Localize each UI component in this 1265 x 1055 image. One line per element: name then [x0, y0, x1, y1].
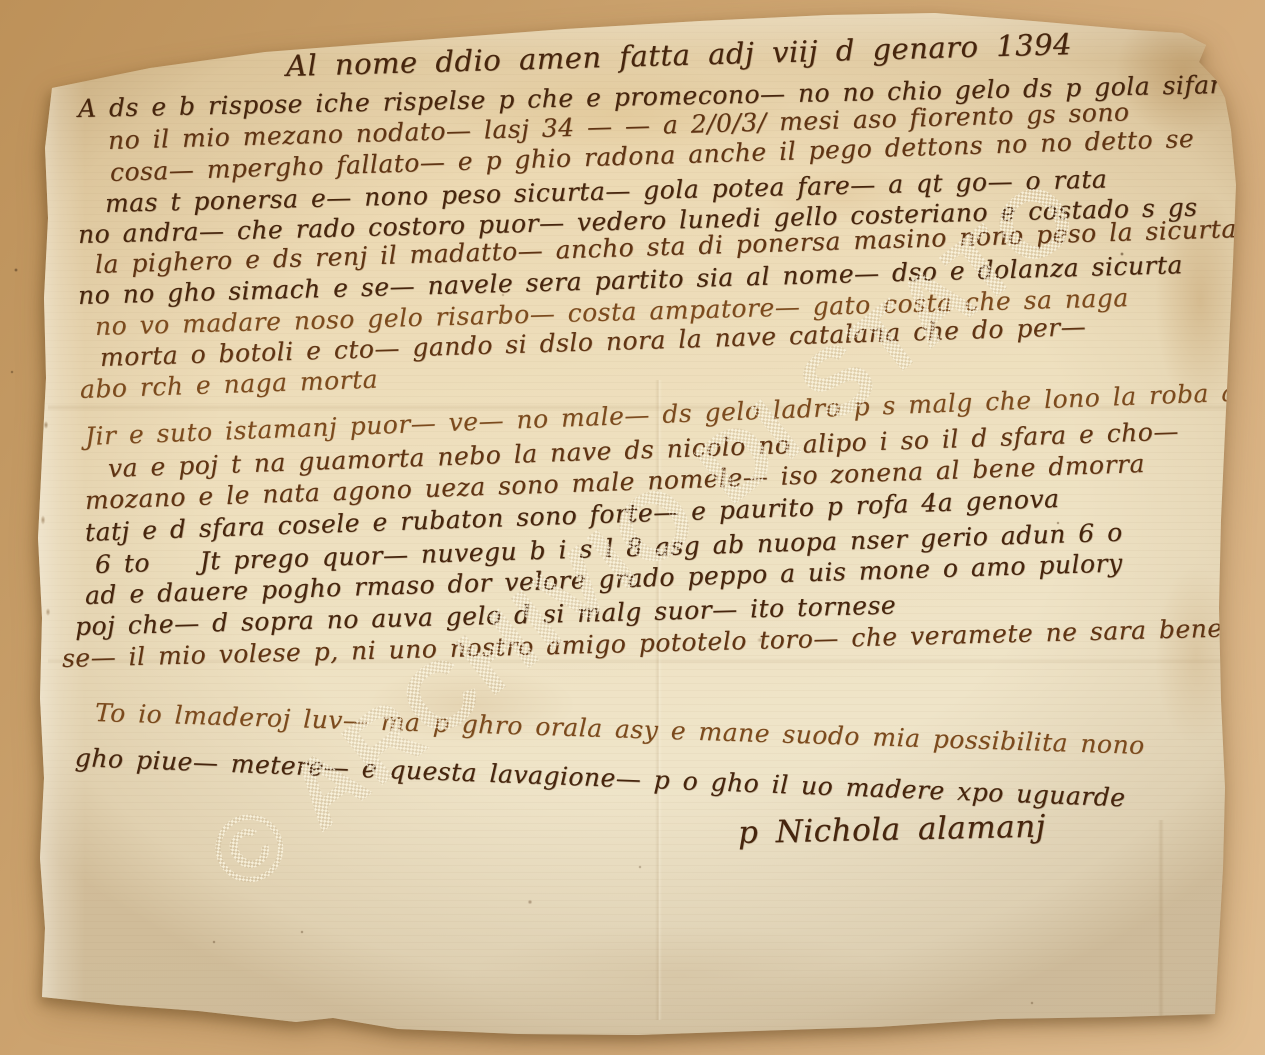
manuscript-paper: 404713 Al nome ddio amen fatta adj viij …: [0, 0, 1265, 1055]
paper-shadow-wrap: 404713 Al nome ddio amen fatta adj viij …: [0, 0, 1265, 1055]
manuscript-line: abo rch e naga morta: [80, 367, 379, 402]
manuscript-line: gho piue— metere— e questa lavagione— p …: [75, 745, 1127, 810]
letter-signature: p Nichola alamanj: [738, 812, 1046, 849]
archive-number-pencil: 404713: [87, 10, 233, 65]
manuscript-scan: 404713 Al nome ddio amen fatta adj viij …: [0, 0, 1265, 1055]
letter-header-dateline: Al nome ddio amen fatta adj viij d genar…: [286, 30, 1073, 81]
manuscript-lines: Al nome ddio amen fatta adj viij d genar…: [0, 0, 1265, 1055]
